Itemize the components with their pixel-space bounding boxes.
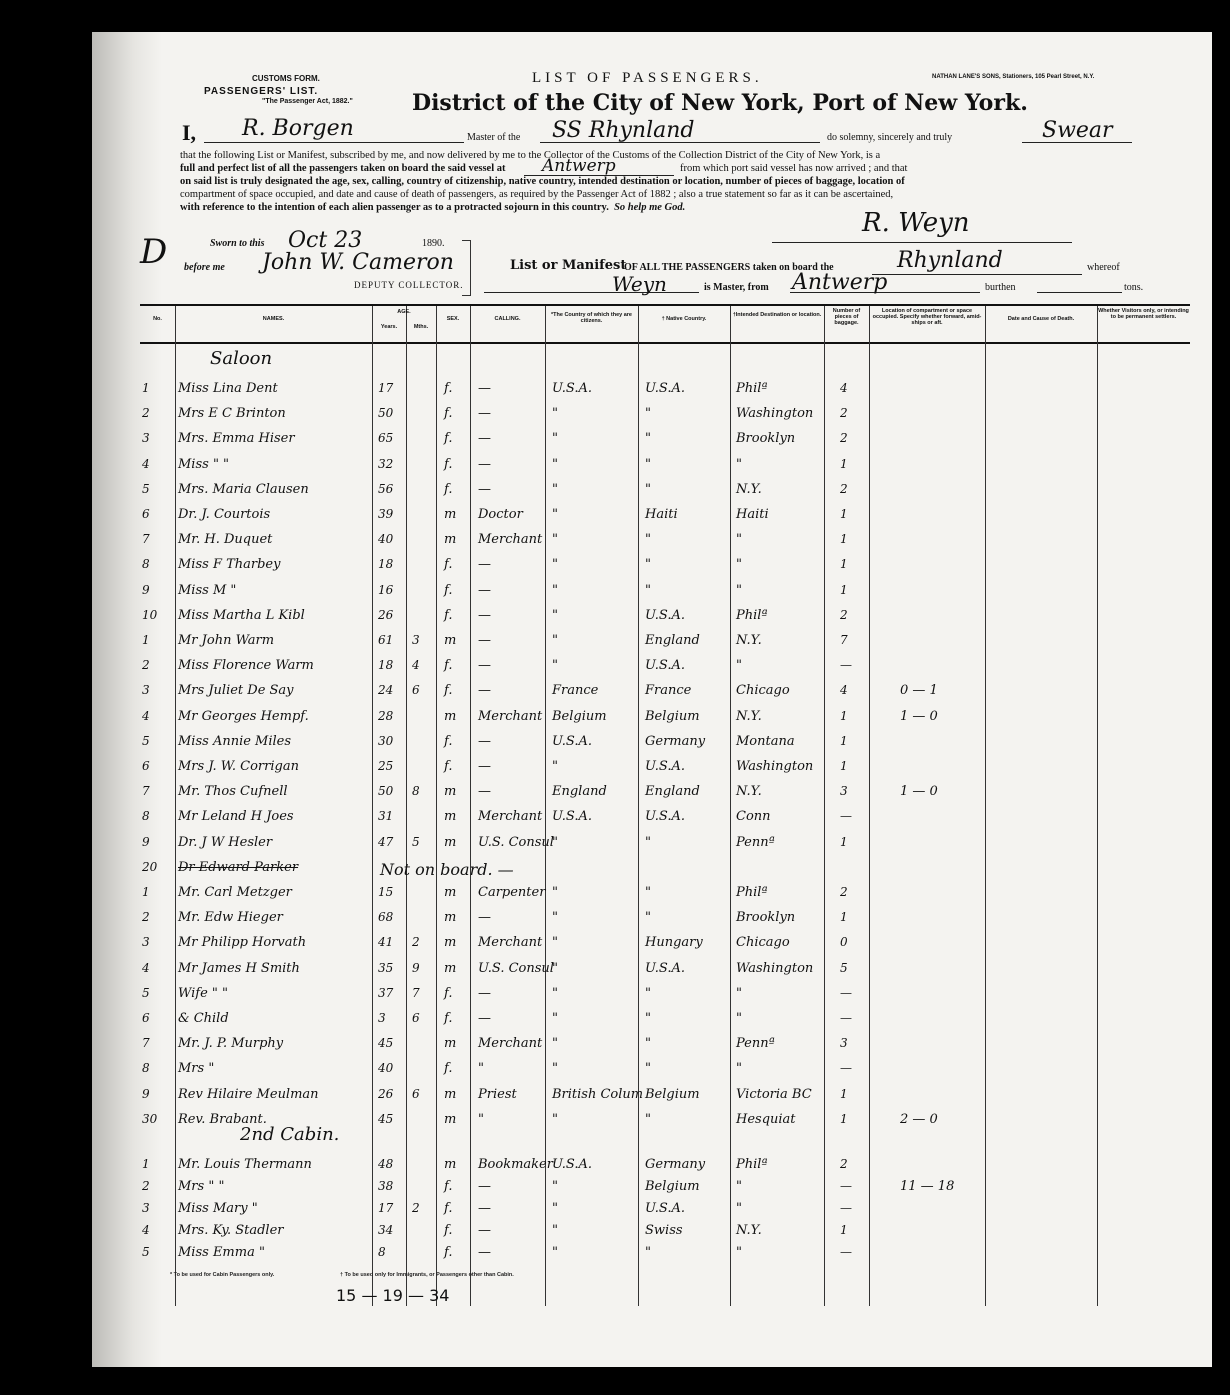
cell-name: Mrs. Ky. Stadler xyxy=(178,1223,284,1238)
cell-name: Mr James H Smith xyxy=(178,961,300,976)
passenger-table: No. NAMES. AGE. Years. Mths. SEX. CALLIN… xyxy=(140,304,1190,1306)
so-help-label: So help me God. xyxy=(614,202,685,213)
cell-dest: Haiti xyxy=(736,507,769,522)
cell-sex: f. xyxy=(444,1011,452,1026)
cell-native: England xyxy=(645,633,700,648)
cell-baggage: 2 xyxy=(840,482,848,496)
cell-dest: Chicago xyxy=(736,683,790,698)
table-row: 6Mrs J. W. Corrigan25f.—"U.S.A.Washingto… xyxy=(140,756,1190,781)
table-row: 20Dr Edward ParkerNot on board. — xyxy=(140,857,1190,882)
cell-no: 7 xyxy=(142,1036,150,1050)
manifest-vessel-line xyxy=(872,274,1082,275)
cell-citizen: British Colum xyxy=(552,1087,643,1102)
cell-years: 16 xyxy=(378,583,393,597)
table-row: 2Mrs E C Brinton50f.—""Washington2 xyxy=(140,403,1190,428)
table-row: 9Dr. J W Hesler475mU.S. Consul""Pennª1 xyxy=(140,832,1190,857)
cell-years: 40 xyxy=(378,1061,393,1075)
cell-native: " xyxy=(645,910,651,925)
cell-sex: f. xyxy=(444,683,452,698)
cell-years: 34 xyxy=(378,1223,393,1237)
cell-dest: N.Y. xyxy=(736,482,762,497)
cell-native: Hungary xyxy=(645,935,703,950)
cell-name: Mr Philipp Horvath xyxy=(178,935,306,950)
cell-citizen: " xyxy=(552,1061,558,1076)
cell-calling: U.S. Consul xyxy=(478,835,554,850)
cell-citizen: " xyxy=(552,557,558,572)
oath-text-5: with reference to the intention of each … xyxy=(180,202,685,213)
cell-no: 2 xyxy=(142,658,150,672)
cell-citizen: " xyxy=(552,1223,558,1238)
manifest-port: Antwerp xyxy=(792,270,887,295)
cell-native: Haiti xyxy=(645,507,678,522)
cell-native: " xyxy=(645,532,651,547)
cell-native: " xyxy=(645,835,651,850)
cell-native: U.S.A. xyxy=(645,1201,685,1216)
cell-native: Germany xyxy=(645,1157,705,1172)
sworn-label: Sworn to this xyxy=(210,238,264,249)
cell-no: 6 xyxy=(142,507,150,521)
cell-name: Mr. Carl Metzger xyxy=(178,885,292,900)
cell-name: Miss Lina Dent xyxy=(178,381,278,396)
cell-sex: f. xyxy=(444,1061,452,1076)
table-row: 7Mr. H. Duquet40mMerchant"""1 xyxy=(140,529,1190,554)
cell-calling: Merchant xyxy=(478,935,542,950)
cell-native: Belgium xyxy=(645,1087,700,1102)
cell-dest: " xyxy=(736,557,742,572)
oath-text-4: compartment of space occupied, and date … xyxy=(180,189,893,200)
cell-sex: m xyxy=(444,507,456,522)
cell-no: 8 xyxy=(142,809,150,823)
cell-sex: f. xyxy=(444,457,452,472)
cell-sex: f. xyxy=(444,381,452,396)
header-sex: SEX. xyxy=(436,316,470,322)
cell-no: 1 xyxy=(142,633,150,647)
cell-native: " xyxy=(645,885,651,900)
sworn-year: 1890. xyxy=(422,238,445,249)
cell-name: Mrs " " xyxy=(178,1179,224,1194)
cell-name: Mr Georges Hempf. xyxy=(178,709,309,724)
cell-name: Mrs Juliet De Say xyxy=(178,683,294,698)
table-row: 9Rev Hilaire Meulman266mPriestBritish Co… xyxy=(140,1084,1190,1109)
cell-calling: Bookmaker xyxy=(478,1157,553,1172)
cell-citizen: France xyxy=(552,683,598,698)
cell-sex: f. xyxy=(444,658,452,673)
cell-years: 17 xyxy=(378,381,393,395)
cell-no: 4 xyxy=(142,457,150,471)
table-row: 3Mrs Juliet De Say246f.—FranceFranceChic… xyxy=(140,680,1190,705)
cell-baggage: 2 xyxy=(840,431,848,445)
cell-sex: m xyxy=(444,532,456,547)
table-row: 7Mr. Thos Cufnell508m—EnglandEnglandN.Y.… xyxy=(140,781,1190,806)
cell-calling: — xyxy=(478,608,491,623)
cell-citizen: " xyxy=(552,935,558,950)
cell-baggage: — xyxy=(840,1201,852,1215)
cell-sex: m xyxy=(444,961,456,976)
cell-calling: — xyxy=(478,1179,491,1194)
printer-imprint: NATHAN LANE'S SONS, Stationers, 105 Pear… xyxy=(932,74,1094,80)
cell-name: Mr. Edw Hieger xyxy=(178,910,283,925)
cell-years: 18 xyxy=(378,557,393,571)
cell-native: " xyxy=(645,431,651,446)
cell-citizen: " xyxy=(552,457,558,472)
cell-citizen: " xyxy=(552,431,558,446)
cell-calling: — xyxy=(478,406,491,421)
cell-citizen: U.S.A. xyxy=(552,381,592,396)
cell-no: 20 xyxy=(142,860,157,874)
cell-citizen: " xyxy=(552,532,558,547)
cell-years: 40 xyxy=(378,532,393,546)
table-row: 2Mr. Edw Hieger68m—""Brooklyn1 xyxy=(140,907,1190,932)
district-title: District of the City of New York, Port o… xyxy=(412,90,1028,116)
passenger-act-label: "The Passenger Act, 1882." xyxy=(262,98,353,105)
footnote-cabin: * To be used for Cabin Passengers only. xyxy=(170,1272,274,1278)
cell-dest: Pennª xyxy=(736,1036,775,1051)
cell-years: 26 xyxy=(378,608,393,622)
cell-baggage: 1 xyxy=(840,507,848,521)
cell-years: 56 xyxy=(378,482,393,496)
cell-no: 9 xyxy=(142,1087,150,1101)
cell-sex: m xyxy=(444,935,456,950)
cell-citizen: U.S.A. xyxy=(552,734,592,749)
cell-baggage: 7 xyxy=(840,633,848,647)
cell-calling: " xyxy=(478,1061,484,1076)
cell-years: 48 xyxy=(378,1157,393,1171)
cell-dest: Montana xyxy=(736,734,795,749)
cell-citizen: Belgium xyxy=(552,709,607,724)
cell-years: 37 xyxy=(378,986,393,1000)
cell-calling: — xyxy=(478,1223,491,1238)
cell-dest: " xyxy=(736,658,742,673)
cell-baggage: — xyxy=(840,986,852,1000)
header-names: NAMES. xyxy=(175,316,372,322)
cell-name: Mr. H. Duquet xyxy=(178,532,272,547)
cell-no: 1 xyxy=(142,381,150,395)
cell-calling: Priest xyxy=(478,1087,517,1102)
header-destination: †Intended Destination or location. xyxy=(730,312,824,318)
cell-citizen: " xyxy=(552,1036,558,1051)
master-of-label: Master of the xyxy=(467,132,520,143)
cell-mths: 9 xyxy=(412,961,420,975)
cell-note: Not on board. — xyxy=(380,860,514,879)
cell-years: 31 xyxy=(378,809,393,823)
whereof-label: whereof xyxy=(1087,262,1120,273)
header-citizenship: *The Country of which they are citizens. xyxy=(545,312,638,324)
cell-dest: Washington xyxy=(736,759,813,774)
cell-years: 45 xyxy=(378,1036,393,1050)
table-row: 3Mrs. Emma Hiser65f.—""Brooklyn2 xyxy=(140,428,1190,453)
cell-years: 15 xyxy=(378,885,393,899)
cell-citizen: U.S.A. xyxy=(552,1157,592,1172)
table-row: 5Miss Annie Miles30f.—U.S.A.GermanyMonta… xyxy=(140,731,1190,756)
table-row: 4Mr Georges Hempf.28mMerchantBelgiumBelg… xyxy=(140,706,1190,731)
cell-baggage: 4 xyxy=(840,381,848,395)
cell-calling: — xyxy=(478,381,491,396)
cell-baggage: 1 xyxy=(840,835,848,849)
cell-citizen: " xyxy=(552,885,558,900)
cell-baggage: 5 xyxy=(840,961,848,975)
cell-baggage: 3 xyxy=(840,1036,848,1050)
cell-name: Mrs J. W. Corrigan xyxy=(178,759,299,774)
cell-dest: " xyxy=(736,1179,742,1194)
cell-calling: U.S. Consul xyxy=(478,961,554,976)
cell-calling: — xyxy=(478,658,491,673)
list-or-manifest-label: List or Manifest xyxy=(510,258,626,273)
cell-baggage: 1 xyxy=(840,1223,848,1237)
cell-citizen: " xyxy=(552,1011,558,1026)
cell-years: 35 xyxy=(378,961,393,975)
cell-citizen: " xyxy=(552,1179,558,1194)
header-native-country: † Native Country. xyxy=(638,316,730,322)
cell-no: 1 xyxy=(142,885,150,899)
cell-calling: Merchant xyxy=(478,1036,542,1051)
cell-sex: m xyxy=(444,784,456,799)
cell-dest: Brooklyn xyxy=(736,910,795,925)
cell-mths: 2 xyxy=(412,935,420,949)
collector-signature: John W. Cameron xyxy=(262,250,454,275)
cell-citizen: " xyxy=(552,583,558,598)
cell-sex: f. xyxy=(444,482,452,497)
cell-years: 50 xyxy=(378,406,393,420)
cell-name: Miss M " xyxy=(178,583,236,598)
cell-native: " xyxy=(645,1061,651,1076)
cell-calling: — xyxy=(478,683,491,698)
cell-no: 9 xyxy=(142,835,150,849)
cell-sex: f. xyxy=(444,1179,452,1194)
table-row: 1Mr. Carl Metzger15mCarpenter""Philª2 xyxy=(140,882,1190,907)
cell-no: 4 xyxy=(142,961,150,975)
cell-dest: Washington xyxy=(736,961,813,976)
cell-native: " xyxy=(645,583,651,598)
table-row: 1Miss Lina Dent17f.—U.S.A.U.S.A.Philª4 xyxy=(140,378,1190,403)
cell-years: 26 xyxy=(378,1087,393,1101)
oath-bracket xyxy=(462,240,471,296)
cell-native: Belgium xyxy=(645,1179,700,1194)
cell-name: Mrs " xyxy=(178,1061,214,1076)
cell-no: 8 xyxy=(142,557,150,571)
cell-name: Miss " " xyxy=(178,457,229,472)
cell-no: 5 xyxy=(142,482,150,496)
cell-citizen: " xyxy=(552,507,558,522)
cell-native: " xyxy=(645,986,651,1001)
cell-native: England xyxy=(645,784,700,799)
cell-name: Miss Martha L Kibl xyxy=(178,608,305,623)
cell-no: 9 xyxy=(142,583,150,597)
cell-dest: N.Y. xyxy=(736,709,762,724)
cell-baggage: 4 xyxy=(840,683,848,697)
cell-years: 25 xyxy=(378,759,393,773)
burthen-line xyxy=(1037,292,1122,293)
cell-dest: Philª xyxy=(736,381,768,396)
cell-native: U.S.A. xyxy=(645,961,685,976)
header-death: Date and Cause of Death. xyxy=(985,316,1097,322)
cell-calling: — xyxy=(478,1201,491,1216)
cell-citizen: " xyxy=(552,759,558,774)
cell-citizen: " xyxy=(552,1112,558,1127)
cell-sex: f. xyxy=(444,734,452,749)
collector-initial-mark: D xyxy=(140,232,167,272)
cell-name: Dr. J. Courtois xyxy=(178,507,270,522)
cell-baggage: 1 xyxy=(840,910,848,924)
header-no: No. xyxy=(140,316,175,322)
cell-native: " xyxy=(645,457,651,472)
table-row: 5Miss Emma "8f.—"""— xyxy=(140,1242,1190,1267)
cell-calling: — xyxy=(478,482,491,497)
cell-baggage: 2 xyxy=(840,1157,848,1171)
cell-dest: Washington xyxy=(736,406,813,421)
cell-dest: Conn xyxy=(736,809,771,824)
header-years: Years. xyxy=(372,324,406,330)
passenger-manifest-page: CUSTOMS FORM. PASSENGERS' LIST. "The Pas… xyxy=(92,32,1212,1367)
table-row: 5Mrs. Maria Clausen56f.—""N.Y.2 xyxy=(140,479,1190,504)
cell-dest: N.Y. xyxy=(736,784,762,799)
cell-calling: — xyxy=(478,633,491,648)
cell-location: 1 — 0 xyxy=(900,709,938,724)
cell-years: 47 xyxy=(378,835,393,849)
cell-sex: m xyxy=(444,885,456,900)
cell-name: Miss Florence Warm xyxy=(178,658,314,673)
departure-port: Antwerp xyxy=(542,156,616,176)
cell-years: 61 xyxy=(378,633,393,647)
cell-no: 3 xyxy=(142,431,150,445)
table-row: 7Mr. J. P. Murphy45mMerchant""Pennª3 xyxy=(140,1033,1190,1058)
cell-citizen: " xyxy=(552,961,558,976)
cell-calling: — xyxy=(478,910,491,925)
cell-years: 17 xyxy=(378,1201,393,1215)
cell-no: 3 xyxy=(142,935,150,949)
cell-baggage: 0 xyxy=(840,935,848,949)
vessel-name: SS Rhynland xyxy=(552,118,694,143)
cell-citizen: U.S.A. xyxy=(552,809,592,824)
cell-mths: 2 xyxy=(412,1201,420,1215)
header-months: Mths. xyxy=(406,324,436,330)
oath-text-2a: full and perfect list of all the passeng… xyxy=(180,163,506,174)
cell-name: Miss Emma " xyxy=(178,1245,265,1260)
cell-calling: Merchant xyxy=(478,709,542,724)
master-name-line xyxy=(204,142,464,143)
cell-dest: " xyxy=(736,1061,742,1076)
cell-mths: 5 xyxy=(412,835,420,849)
cell-baggage: — xyxy=(840,1011,852,1025)
cell-baggage: 1 xyxy=(840,759,848,773)
cell-sex: f. xyxy=(444,431,452,446)
cell-calling: — xyxy=(478,986,491,1001)
cell-native: U.S.A. xyxy=(645,381,685,396)
cell-name: Wife " " xyxy=(178,986,228,1001)
is-master-from-label: is Master, from xyxy=(704,282,769,293)
cell-no: 3 xyxy=(142,683,150,697)
cell-baggage: — xyxy=(840,1179,852,1193)
cell-native: " xyxy=(645,1036,651,1051)
table-row: 1Mr John Warm613m—"EnglandN.Y.7 xyxy=(140,630,1190,655)
cell-calling: — xyxy=(478,557,491,572)
cell-no: 5 xyxy=(142,734,150,748)
cell-native: Germany xyxy=(645,734,705,749)
table-header xyxy=(140,306,1190,344)
cell-baggage: — xyxy=(840,1061,852,1075)
cell-native: U.S.A. xyxy=(645,759,685,774)
oath-text-5a: with reference to the intention of each … xyxy=(180,202,609,213)
cell-dest: " xyxy=(736,583,742,598)
section-saloon: Saloon xyxy=(210,348,272,369)
table-row: 3Mr Philipp Horvath412mMerchant"HungaryC… xyxy=(140,932,1190,957)
oath-text-2: full and perfect list of all the passeng… xyxy=(180,163,506,174)
cell-years: 28 xyxy=(378,709,393,723)
cell-native: " xyxy=(645,557,651,572)
header-calling: CALLING. xyxy=(470,316,545,322)
cell-name: Miss Mary " xyxy=(178,1201,258,1216)
cell-dest: Philª xyxy=(736,608,768,623)
cell-citizen: " xyxy=(552,986,558,1001)
cell-years: 30 xyxy=(378,734,393,748)
cell-name: Miss Annie Miles xyxy=(178,734,291,749)
passengers-list-label: PASSENGERS' LIST. xyxy=(204,86,318,97)
cell-citizen: " xyxy=(552,406,558,421)
cell-citizen: " xyxy=(552,1245,558,1260)
cell-no: 2 xyxy=(142,910,150,924)
cell-name: Mrs. Maria Clausen xyxy=(178,482,309,497)
table-row: 30Rev. Brabant.45m"""Hesquiat12 — 0 xyxy=(140,1109,1190,1134)
cell-sex: m xyxy=(444,910,456,925)
cell-sex: f. xyxy=(444,1245,452,1260)
cell-mths: 8 xyxy=(412,784,420,798)
header-location: Location of compartment or space occupie… xyxy=(869,308,985,326)
cell-sex: m xyxy=(444,1112,456,1127)
cell-name: Dr Edward Parker xyxy=(178,860,298,875)
cell-no: 5 xyxy=(142,1245,150,1259)
cell-no: 4 xyxy=(142,709,150,723)
cell-citizen: England xyxy=(552,784,607,799)
cell-native: " xyxy=(645,406,651,421)
cell-dest: Hesquiat xyxy=(736,1112,796,1127)
cell-dest: " xyxy=(736,1245,742,1260)
cell-location: 0 — 1 xyxy=(900,683,938,698)
cell-calling: Carpenter xyxy=(478,885,545,900)
cell-sex: m xyxy=(444,633,456,648)
cell-native: Belgium xyxy=(645,709,700,724)
cell-mths: 6 xyxy=(412,683,420,697)
cell-years: 68 xyxy=(378,910,393,924)
cell-name: Mrs. Emma Hiser xyxy=(178,431,295,446)
manifest-master: Weyn xyxy=(612,272,667,296)
cell-baggage: 1 xyxy=(840,583,848,597)
cell-no: 30 xyxy=(142,1112,157,1126)
table-row: 6& Child36f.—"""— xyxy=(140,1008,1190,1033)
cell-sex: f. xyxy=(444,406,452,421)
cell-years: 65 xyxy=(378,431,393,445)
cell-dest: " xyxy=(736,457,742,472)
cell-mths: 3 xyxy=(412,633,420,647)
cell-native: " xyxy=(645,1011,651,1026)
cell-baggage: — xyxy=(840,658,852,672)
oath-text-1: that the following List or Manifest, sub… xyxy=(180,150,880,161)
cell-dest: " xyxy=(736,1011,742,1026)
cell-native: " xyxy=(645,1245,651,1260)
cell-calling: Doctor xyxy=(478,507,523,522)
cell-baggage: 1 xyxy=(840,734,848,748)
table-row: 2Miss Florence Warm184f.—"U.S.A."— xyxy=(140,655,1190,680)
manifest-vessel: Rhynland xyxy=(897,248,1003,273)
cell-citizen: " xyxy=(552,658,558,673)
cell-dest: " xyxy=(736,532,742,547)
cell-location: 2 — 0 xyxy=(900,1112,938,1127)
cell-no: 8 xyxy=(142,1061,150,1075)
cell-name: Rev. Brabant. xyxy=(178,1112,267,1127)
table-row: 5Wife " "377f.—"""— xyxy=(140,983,1190,1008)
cell-baggage: 1 xyxy=(840,1087,848,1101)
master-signature-line xyxy=(772,242,1072,243)
cell-name: Mr Leland H Joes xyxy=(178,809,294,824)
cell-calling: — xyxy=(478,431,491,446)
